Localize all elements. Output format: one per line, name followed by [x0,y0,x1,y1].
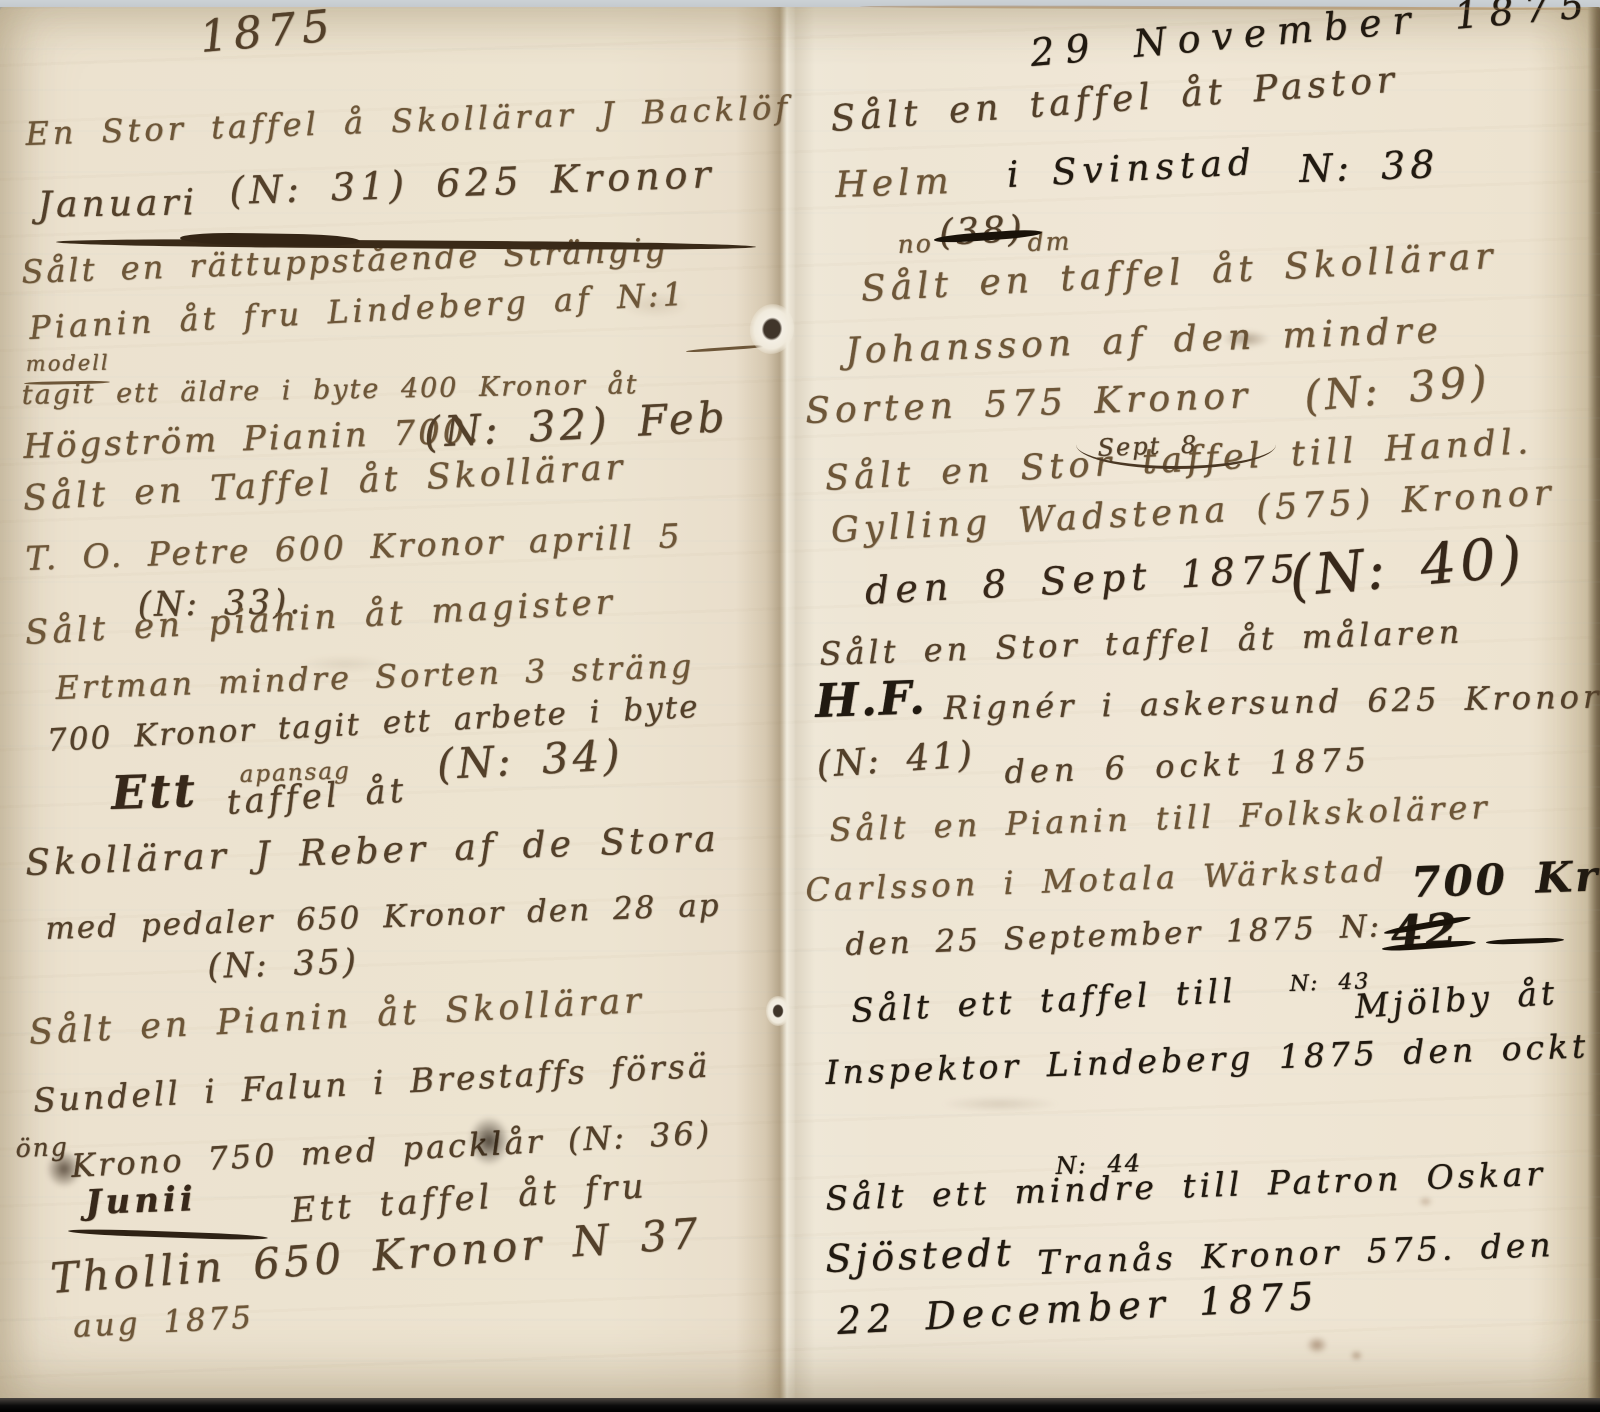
handwritten-line: 1875 [198,4,337,60]
handwritten-line: Januari [37,185,198,224]
paper-stain [300,655,390,673]
handwritten-line: aug 1875 [72,1303,254,1343]
scanner-background-bottom [0,1398,1600,1412]
paper-stain [1418,1196,1433,1207]
paper-stain [1350,1350,1363,1361]
notebook-paper: 1875En Stor taffel å Skollärar J Backlöf… [0,7,1600,1399]
handwritten-line: 700 Kr [1411,855,1600,904]
paper-stain [1222,330,1270,348]
stitch-hole [766,996,790,1026]
handwritten-line: H.F. [814,674,927,724]
paper-stain [46,1150,82,1188]
paper-stain [940,1096,1060,1112]
handwritten-line: N: 38 [1299,145,1440,188]
handwritten-line: modell [26,353,110,375]
scanned-notebook-spread: 1875En Stor taffel å Skollärar J Backlöf… [0,0,1600,1412]
handwritten-line: Sjöstedt [825,1233,1016,1278]
handwritten-line: Ett [110,767,198,816]
ink-stroke-mark [1076,420,1276,469]
paper-stain [620,292,690,318]
handwritten-line: Helm [835,164,955,204]
handwritten-line: Junii [85,1182,197,1220]
handwritten-line: (N: 35) [207,945,360,984]
paper-stain [468,1116,510,1166]
paper-stain [1306,1336,1328,1354]
handwritten-line: (N: 34) [436,734,625,786]
handwritten-line: no [897,231,933,257]
